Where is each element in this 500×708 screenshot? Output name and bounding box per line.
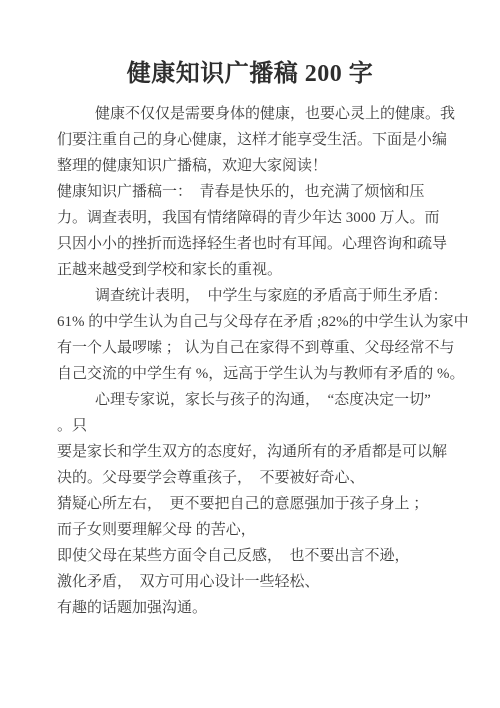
text-line: 健康知识广播稿一： 青春是快乐的，也充满了烦恼和压 [57,179,447,205]
text-line: 正越来越受到学校和家长的重视。 [57,257,447,283]
text-line: 决的。父母要学会尊重孩子， 不要被好奇心、 [57,465,447,491]
text-line: 们要注重自己的身心健康，这样才能享受生活。下面是小编 [57,127,447,153]
text-line: 激化矛盾， 双方可用心设计一些轻松、 [57,569,447,595]
document-page: 健康知识广播稿 200 字 健康不仅仅是需要身体的健康，也要心灵上的健康。我 们… [0,0,500,708]
text-line: 猜疑心所左右， 更不要把自己的意愿强加于孩子身上 ； [57,491,447,517]
text-line: 61% 的中学生认为自己与父母存在矛盾 ;82%的中学生认为家中 [57,309,447,335]
document-title: 健康知识广播稿 200 字 [0,58,500,90]
text-line: 心理专家说，家长与孩子的沟通， “态度决定一切” [57,387,447,413]
document-body: 健康不仅仅是需要身体的健康，也要心灵上的健康。我 们要注重自己的身心健康，这样才… [57,101,447,621]
text-line: 要是家长和学生双方的态度好，沟通所有的矛盾都是可以解 [57,439,447,465]
text-line: 。只 [57,413,447,439]
text-line: 而子女则要理解父母 的苦心， [57,517,447,543]
text-line: 健康不仅仅是需要身体的健康，也要心灵上的健康。我 [57,101,447,127]
text-line: 调查统计表明， 中学生与家庭的矛盾高于师生矛盾： [57,283,447,309]
text-line: 自己交流的中学生有 %，远高于学生认为与教师有矛盾的 %。 [57,361,447,387]
text-line: 力。调查表明，我国有情绪障碍的青少年达 3000 万人。而 [57,205,447,231]
text-line: 有趣的话题加强沟通。 [57,595,447,621]
text-line: 只因小小的挫折而选择轻生者也时有耳闻。心理咨询和疏导 [57,231,447,257]
text-line: 即使父母在某些方面令自己反感， 也不要出言不逊， [57,543,447,569]
text-line: 整理的健康知识广播稿，欢迎大家阅读！ [57,153,447,179]
text-line: 有一个人最啰嗦 ； 认为自己在家得不到尊重、父母经常不与 [57,335,447,361]
